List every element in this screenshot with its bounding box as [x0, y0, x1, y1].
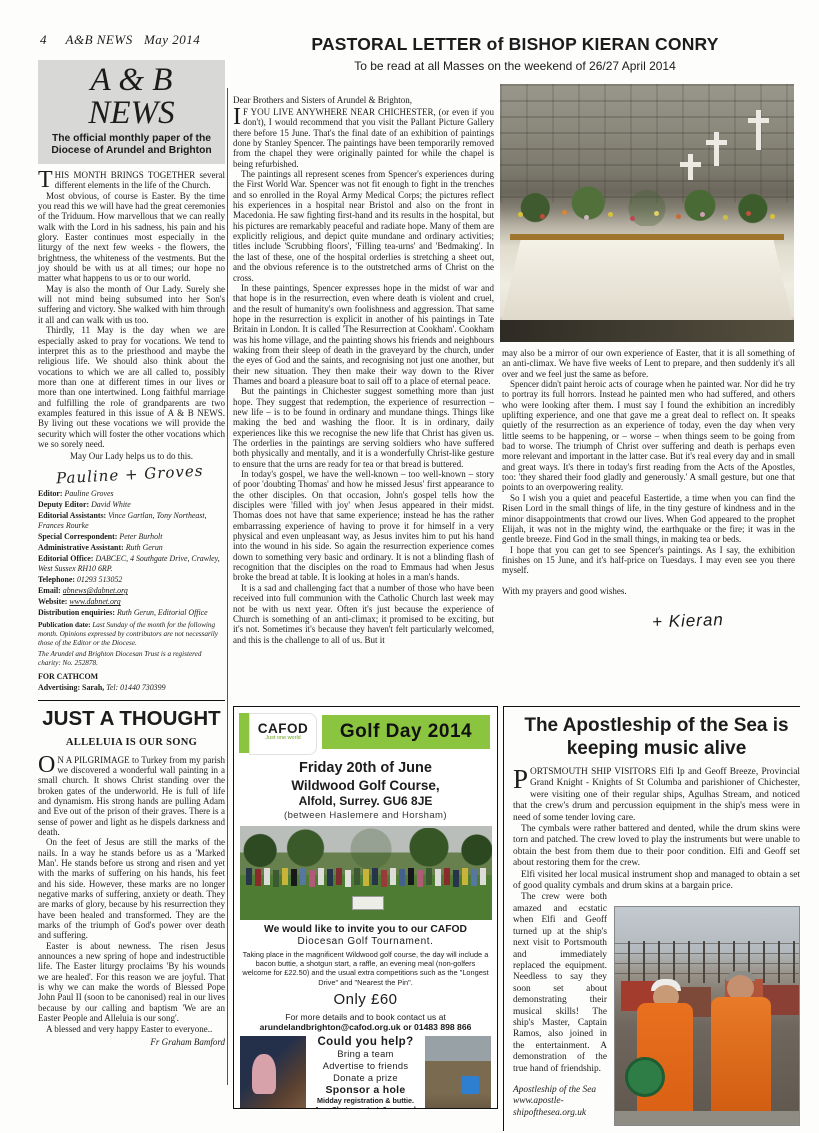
credit-editorial-office: Editorial Office: DABCEC, 4 Southgate Dr… [38, 554, 225, 573]
white-cross [714, 132, 719, 166]
just-a-thought-headline: JUST A THOUGHT [38, 707, 225, 731]
credit-deputy-editor: Deputy Editor: David White [38, 500, 225, 510]
thought-paragraph: On the feet of Jesus are still the marks… [38, 837, 225, 940]
child-photo-right [425, 1036, 491, 1108]
schedule-line-1: Midday registration & buttie. [309, 1097, 422, 1106]
credit-publication-date: Publication date: Last Sunday of the mon… [38, 621, 225, 647]
dropcap-I: I [233, 107, 243, 127]
trees [240, 828, 492, 878]
editorial-closing: May Our Lady helps us to do this. [38, 451, 225, 461]
letter-paragraph: In today's gospel, we have the well-know… [233, 469, 494, 583]
credit-editor: Editor: Pauline Groves [38, 489, 225, 499]
white-cross [688, 154, 693, 180]
altar-photo [500, 84, 794, 342]
page-title: PASTORAL LETTER of BISHOP KIERAN CONRY [235, 34, 795, 55]
altar-floor [500, 320, 794, 342]
masthead-tagline-1: The official monthly paper of the [38, 133, 225, 145]
banner-sign [352, 896, 384, 910]
letter-paragraph: The paintings all represent scenes from … [233, 169, 494, 283]
golf-price: Only £60 [234, 991, 497, 1008]
left-column: THIS MONTH BRINGS TOGETHER several diffe… [38, 170, 225, 1047]
bishop-signature: + Kieran [652, 607, 796, 632]
child-photo-left [240, 1036, 306, 1108]
apostleship-headline: The Apostleship of the Sea is keeping mu… [513, 714, 800, 760]
letter-paragraph: So I wish you a quiet and peaceful Easte… [502, 493, 795, 545]
thought-paragraph: Easter is about newness. The risen Jesus… [38, 941, 225, 1024]
altar-table-edge [510, 234, 784, 240]
person-hi-vis [711, 997, 771, 1125]
section-rule [38, 700, 225, 701]
cafod-golf-advert: CAFOD Just one world Golf Day 2014 Frida… [233, 706, 498, 1109]
letter-paragraph: may also be a mirror of our own experien… [502, 348, 795, 379]
editorial-paragraph: Most obvious, of course is Easter. By th… [38, 191, 225, 284]
letter-paragraph: But the paintings in Chichester suggest … [233, 386, 494, 469]
letter-closing: With my prayers and good wishes. [502, 586, 795, 596]
credit-charity-note: The Arundel and Brighton Diocesan Trust … [38, 650, 225, 668]
dropcap-T: T [38, 170, 55, 190]
white-cross [756, 110, 761, 150]
golfers-crowd [246, 868, 252, 885]
contact-line-2[interactable]: arundelandbrighton@cafod.org.uk or 01483… [234, 1022, 497, 1032]
letter-paragraph: It is a sad and challenging fact that a … [233, 583, 494, 645]
golf-day-banner: Golf Day 2014 [322, 715, 490, 749]
cafod-logo: CAFOD Just one world [249, 713, 317, 755]
altar-cloth [500, 240, 794, 328]
credit-admin-assistant: Administrative Assistant: Ruth Gerun [38, 543, 225, 553]
credit-distribution: Distribution enquiries: Ruth Gerun, Edit… [38, 608, 225, 618]
editorial-paragraph: Thirdly, 11 May is the day when we are e… [38, 325, 225, 449]
port-cranes [615, 941, 799, 983]
just-a-thought-subhead: ALLELUIA IS OUR SONG [38, 737, 225, 748]
invite-line-1: We would like to invite you to our CAFOD [234, 924, 497, 935]
cafod-green-tab [239, 713, 249, 753]
help-title: Could you help? [309, 1036, 422, 1048]
golf-location-note: (between Haslemere and Horsham) [234, 810, 497, 821]
credit-cathcom: FOR CATHCOM [38, 672, 225, 682]
help-item: Donate a prize [309, 1072, 422, 1084]
credit-email: Email: abnews@dabnet.org [38, 586, 225, 596]
altar-flowers [518, 212, 523, 217]
golf-date: Friday 20th of June [234, 760, 497, 776]
column-divider-rule [227, 88, 228, 1085]
cafod-advert-header: CAFOD Just one world Golf Day 2014 [234, 711, 497, 755]
thought-byline: Fr Graham Bamford [38, 1037, 225, 1047]
editor-signature: Pauline + Groves [56, 461, 226, 488]
letter-salutation: Dear Brothers and Sisters of Arundel & B… [233, 95, 494, 106]
letter-paragraph: I hope that you can get to see Spencer's… [502, 545, 795, 576]
masthead-tagline-2: Diocese of Arundel and Brighton [38, 145, 225, 157]
letter-column-2: may also be a mirror of our own experien… [502, 348, 795, 630]
golfers-group-photo [240, 826, 492, 920]
masthead-box: A & B NEWS The official monthly paper of… [38, 60, 225, 164]
golf-address: Alfold, Surrey. GU6 8JE [234, 794, 497, 808]
credit-advertising: Advertising: Sarah, Tel: 01440 730399 [38, 683, 225, 693]
contact-line-1: For more details and to book contact us … [234, 1012, 497, 1022]
masthead-title-line2: NEWS [38, 97, 225, 130]
editorial-paragraph: THIS MONTH BRINGS TOGETHER several diffe… [38, 170, 225, 191]
pastoral-letter-header: PASTORAL LETTER of BISHOP KIERAN CONRY T… [235, 34, 795, 73]
help-item: Bring a team [309, 1048, 422, 1060]
folio: 4 A&B NEWS May 2014 [40, 32, 200, 48]
credit-special-correspondent: Special Correspondent: Peter Burholt [38, 532, 225, 542]
page-subtitle: To be read at all Masses on the weekend … [235, 59, 795, 73]
dropcap-P: P [513, 767, 530, 790]
golf-details: Taking place in the magnificent Wildwood… [241, 950, 490, 987]
credit-telephone: Telephone: 01293 513052 [38, 575, 225, 585]
apostleship-paragraph: Elfi visited her local musical instrumen… [513, 870, 800, 893]
apostleship-paragraph: PORTSMOUTH SHIP VISITORS Elfi Ip and Geo… [513, 767, 800, 824]
could-you-help-row: Could you help? Bring a team Advertise t… [240, 1036, 491, 1109]
editorial-paragraph: May is also the month of Our Lady. Surel… [38, 284, 225, 325]
letter-paragraph: IF YOU LIVE ANYWHERE NEAR CHICHESTER, (o… [233, 107, 494, 169]
ship-deck [615, 1111, 799, 1125]
schedule-line-2: 1pm Shotgun start, 6pm meal [309, 1106, 422, 1109]
website-link[interactable]: www.dabnet.org [69, 597, 120, 606]
invite-line-2: Diocesan Golf Tournament. [234, 936, 497, 947]
help-item: Advertise to friends [309, 1060, 422, 1072]
thought-paragraph: ON A PILGRIMAGE to Turkey from my parish… [38, 755, 225, 838]
letter-column-1: Dear Brothers and Sisters of Arundel & B… [233, 95, 494, 645]
help-item-sponsor: Sponsor a hole [309, 1084, 422, 1096]
letter-paragraph: Spencer didn't paint heroic acts of cour… [502, 379, 795, 493]
masthead-title-line1: A & B [38, 63, 225, 97]
thought-paragraph: A blessed and very happy Easter to every… [38, 1024, 225, 1034]
letter-paragraph: In these paintings, Spencer expresses ho… [233, 283, 494, 386]
credit-editorial-assistants: Editorial Assistants: Vince Gartlan, Ton… [38, 511, 225, 530]
email-link[interactable]: abnews@dabnet.org [63, 586, 128, 595]
dropcap-O: O [38, 755, 57, 775]
ship-crew-photo [614, 906, 800, 1126]
apostleship-article: The Apostleship of the Sea is keeping mu… [503, 706, 800, 1131]
newspaper-page: 4 A&B NEWS May 2014 PASTORAL LETTER of B… [0, 0, 819, 1133]
apostleship-paragraph: The cymbals were rather battered and den… [513, 824, 800, 870]
credit-website: Website: www.dabnet.org [38, 597, 225, 607]
altar-greenery [500, 180, 794, 226]
golf-venue: Wildwood Golf Course, [234, 778, 497, 793]
